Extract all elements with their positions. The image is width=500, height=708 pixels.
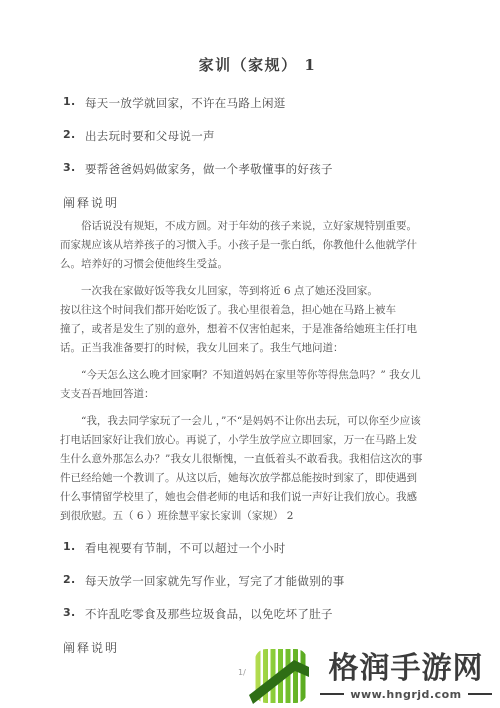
page-title: 家训（家规） 1 [60, 54, 455, 75]
list-item-text: 出去玩时要和父母说一声 [85, 128, 215, 144]
paragraph-2: 一次我在家做好饭等我女儿回家，等到将近 6 点了她还没回家。 按以往这个时间我们… [60, 282, 455, 358]
list-item: 1. 看电视要有节制，不可以超过一个小时 [63, 540, 455, 556]
list-item: 3. 不许乱吃零食及那些垃圾食品，以免吃坏了肚子 [63, 606, 455, 622]
page-indicator: 1/ [238, 668, 246, 677]
list-item: 3. 要帮爸爸妈妈做家务，做一个孝敬懂事的好孩子 [63, 161, 455, 177]
section-label-explanation-1: 阐释说明 [63, 194, 455, 211]
paragraph-1: 俗话说没有规矩，不成方圆。对于年幼的孩子来说，立好家规特别重要。 而家规应该从培… [60, 217, 455, 274]
document-content: 家训（家规） 1 1. 每天一放学就回家，不许在马路上闲逛 2. 出去玩时要和父… [0, 0, 500, 656]
list-item-text: 要帮爸爸妈妈做家务，做一个孝敬懂事的好孩子 [85, 161, 333, 177]
brand-name: 格润手游网 [329, 652, 484, 686]
list-item: 1. 每天一放学就回家，不许在马路上闲逛 [63, 95, 455, 111]
list-item-text: 不许乱吃零食及那些垃圾食品，以免吃坏了肚子 [85, 606, 333, 622]
url-divider-left [320, 693, 344, 695]
list-item-text: 每天放学一回家就先写作业，写完了才能做别的事 [85, 573, 345, 589]
list-item: 2. 出去玩时要和父母说一声 [63, 128, 455, 144]
brand-url-row: www.hngrjd.com [320, 688, 492, 701]
brand-url: www.hngrjd.com [350, 688, 461, 701]
list-item-number: 1. [63, 540, 85, 553]
list-item-number: 1. [63, 95, 85, 108]
list-item: 2. 每天放学一回家就先写作业，写完了才能做别的事 [63, 573, 455, 589]
list-item-text: 看电视要有节制，不可以超过一个小时 [85, 540, 286, 556]
rule-list-1: 1. 每天一放学就回家，不许在马路上闲逛 2. 出去玩时要和父母说一声 3. 要… [60, 95, 455, 177]
site-watermark: 格润手游网 www.hngrjd.com [249, 647, 492, 705]
list-item-number: 2. [63, 573, 85, 586]
paragraph-4: “我，我去同学家玩了一会儿 ，”不“是妈妈不让你出去玩，可以你至少应该 打电话回… [60, 412, 455, 526]
url-divider-right [468, 693, 492, 695]
brand-text-block: 格润手游网 www.hngrjd.com [320, 652, 492, 701]
document-page: 家训（家规） 1 1. 每天一放学就回家，不许在马路上闲逛 2. 出去玩时要和父… [0, 0, 500, 708]
brand-house-stripes-icon [249, 647, 311, 705]
list-item-text: 每天一放学就回家，不许在马路上闲逛 [85, 95, 286, 111]
list-item-number: 2. [63, 128, 85, 141]
paragraph-3: “今天怎么这么晚才回家啊？不知道妈妈在家里等你等得焦急吗？” 我女儿 支支吾吾地… [60, 366, 455, 404]
rule-list-2: 1. 看电视要有节制，不可以超过一个小时 2. 每天放学一回家就先写作业，写完了… [60, 540, 455, 622]
list-item-number: 3. [63, 161, 85, 174]
list-item-number: 3. [63, 606, 85, 619]
